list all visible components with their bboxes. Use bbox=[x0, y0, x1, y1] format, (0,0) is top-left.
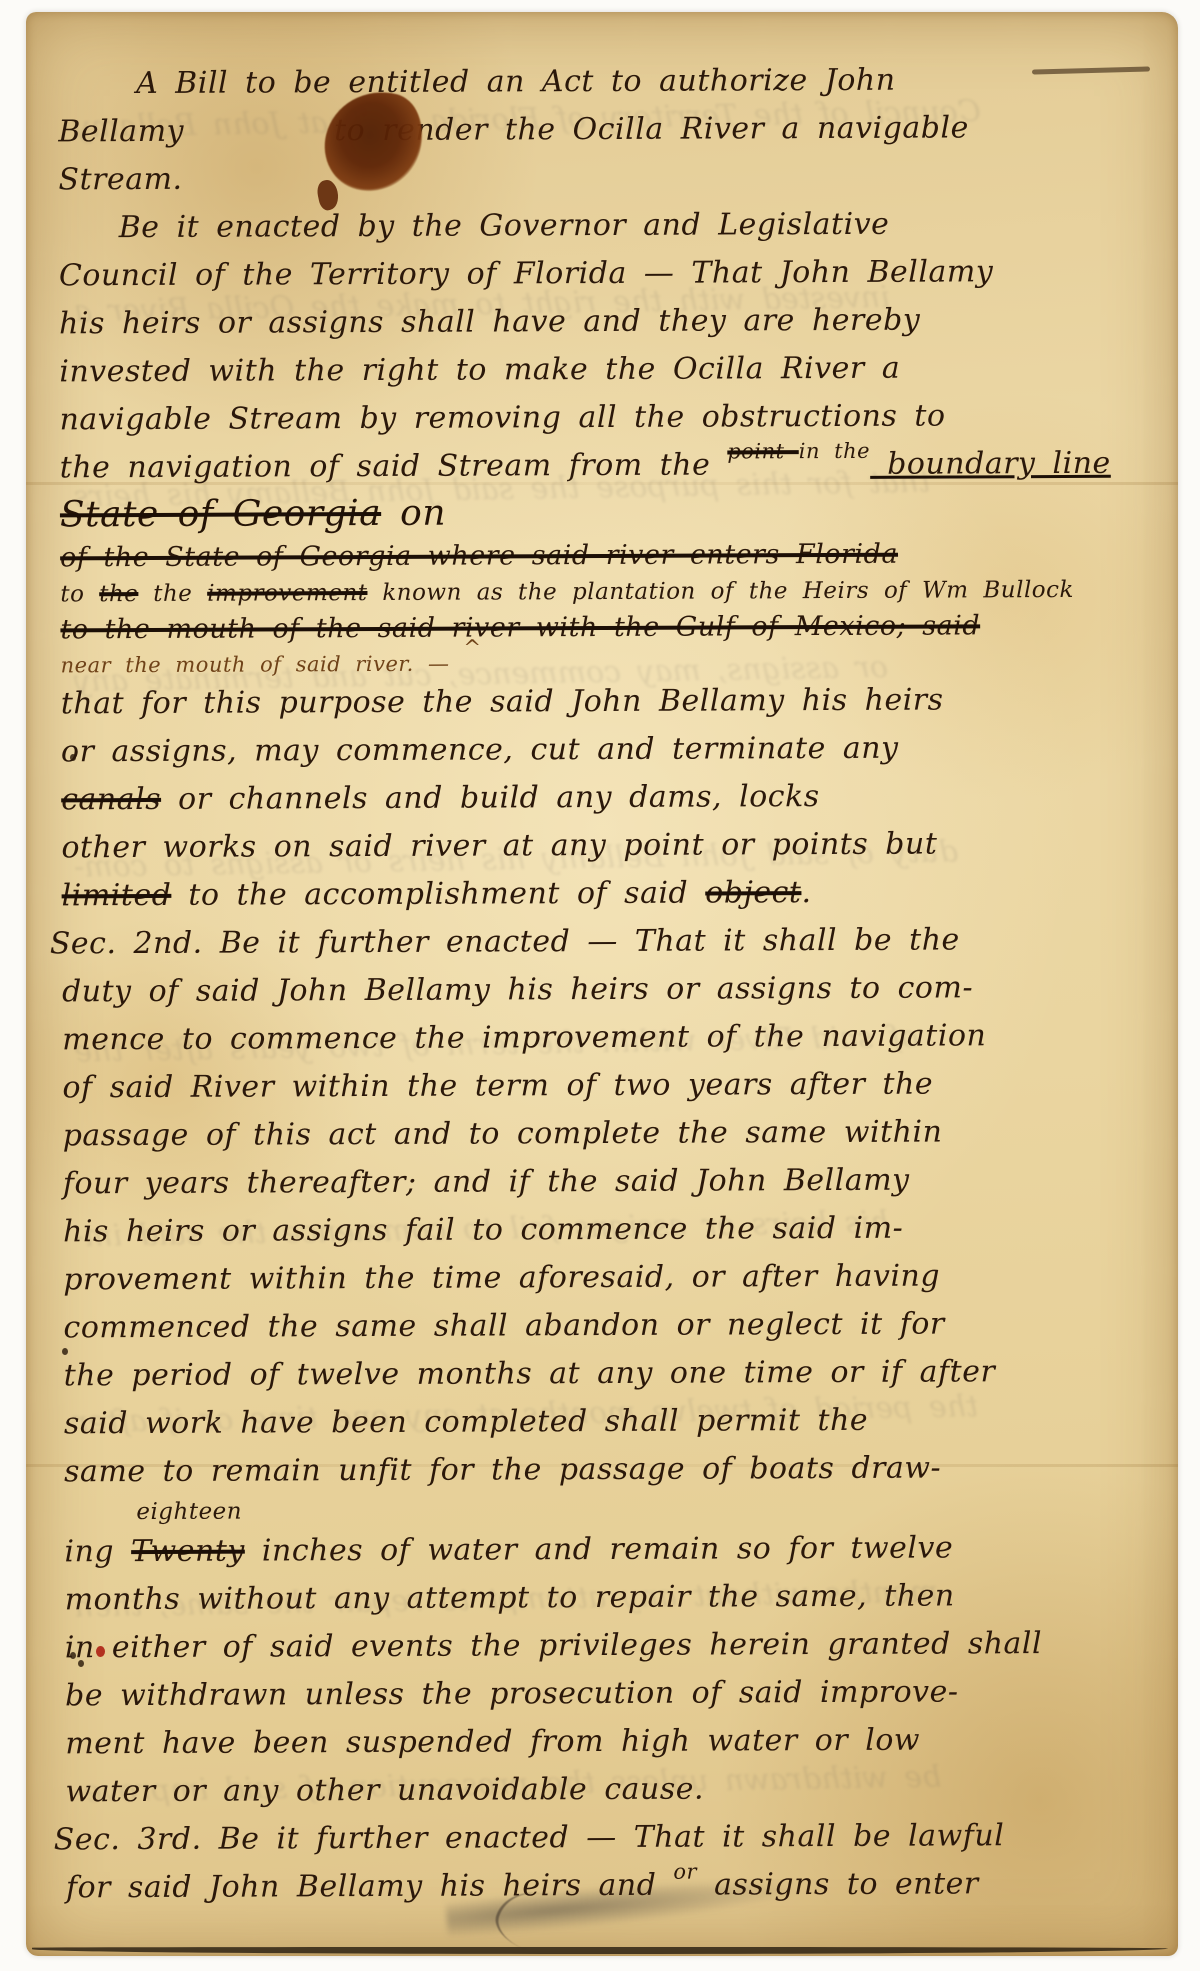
manuscript-line: of said River within the term of two yea… bbox=[62, 1060, 1144, 1113]
manuscript-line: for said John Bellamy his heirs and or a… bbox=[66, 1860, 1148, 1913]
text-segment: passage of this act and to complete the … bbox=[63, 1115, 943, 1154]
struck-text: of the State of Georgia where said river… bbox=[60, 539, 898, 574]
manuscript-line: same to remain unfit for the passage of … bbox=[64, 1444, 1146, 1497]
manuscript-line: A Bill to be entitled an Act to authoriz… bbox=[58, 56, 1140, 109]
text-segment: Stream. bbox=[58, 162, 182, 198]
text-segment: A Bill to be entitled an Act to authoriz… bbox=[136, 63, 896, 101]
text-segment: assigns to enter bbox=[697, 1866, 979, 1902]
struck-text: improvement bbox=[207, 580, 367, 607]
manuscript-line: State of Georgia on bbox=[60, 488, 1142, 539]
struck-text: State of Georgia bbox=[60, 493, 381, 535]
manuscript-line: to the the improvement known as the plan… bbox=[60, 574, 1142, 611]
scan-page: Council of the Territory of Florida — Th… bbox=[0, 0, 1200, 1971]
manuscript-line: his heirs or assigns shall have and they… bbox=[59, 296, 1141, 349]
manuscript-line: other works on said river at any point o… bbox=[61, 820, 1143, 873]
manuscript-line: said work have been completed shall perm… bbox=[64, 1396, 1146, 1449]
struck-text: canals bbox=[61, 782, 161, 817]
text-segment: Sec. 3rd. Be it further enacted — That i… bbox=[54, 1818, 1005, 1857]
struck-text: point bbox=[727, 439, 799, 463]
text-segment: to bbox=[60, 581, 99, 607]
text-segment: same to remain unfit for the passage of … bbox=[64, 1451, 941, 1490]
manuscript-line: mence to commence the improvement of the… bbox=[62, 1012, 1144, 1065]
text-segment bbox=[184, 140, 334, 141]
manuscript-line: Bellamyto render the Ocilla River a navi… bbox=[58, 104, 1140, 157]
text-segment: four years thereafter; and if the said J… bbox=[63, 1163, 910, 1202]
text-segment: near the mouth of said river. — bbox=[61, 652, 464, 678]
text-segment: to the accomplishment of said bbox=[171, 876, 705, 913]
text-segment: Bellamy bbox=[58, 114, 184, 150]
manuscript-line: months without any attempt to repair the… bbox=[65, 1572, 1147, 1625]
manuscript-line: Sec. 3rd. Be it further enacted — That i… bbox=[54, 1812, 1148, 1865]
manuscript-paper: Council of the Territory of Florida — Th… bbox=[26, 12, 1178, 1956]
text-segment: months without any attempt to repair the… bbox=[65, 1578, 955, 1617]
text-segment: Sec. 2nd. Be it further enacted — That i… bbox=[50, 922, 960, 961]
manuscript-line: near the mouth of said river. — ^ bbox=[61, 646, 1143, 681]
text-segment: ment have been suspended from high water… bbox=[65, 1723, 920, 1762]
text-segment: of said River within the term of two yea… bbox=[62, 1067, 933, 1106]
manuscript-line: passage of this act and to complete the … bbox=[63, 1108, 1145, 1161]
manuscript-line: to the mouth of the said river with the … bbox=[60, 606, 1142, 651]
manuscript-line: provement within the time aforesaid, or … bbox=[63, 1252, 1145, 1305]
manuscript-line: the period of twelve months at any one t… bbox=[64, 1348, 1146, 1401]
manuscript-line: of the State of Georgia where said river… bbox=[60, 534, 1142, 579]
text-segment: boundary line bbox=[870, 446, 1111, 482]
manuscript-line: Sec. 2nd. Be it further enacted — That i… bbox=[50, 916, 1144, 969]
manuscript-line: ment have been suspended from high water… bbox=[65, 1716, 1147, 1769]
manuscript-line: ing Twenty inches of water and remain so… bbox=[64, 1524, 1146, 1577]
text-segment: known as the plantation of the Heirs of … bbox=[367, 577, 1074, 606]
struck-text: the bbox=[99, 581, 138, 607]
text-segment: eighteen bbox=[136, 1499, 242, 1525]
text-segment: the navigation of said Stream from the bbox=[60, 447, 728, 485]
text-segment: or channels and build any dams, locks bbox=[161, 779, 820, 817]
text-segment: in either of said events the privileges … bbox=[65, 1626, 1042, 1665]
struck-text: object bbox=[705, 875, 801, 910]
manuscript-line: water or any other unavoidable cause. bbox=[65, 1764, 1147, 1817]
text-segment: on bbox=[381, 493, 446, 534]
text-segment: be withdrawn unless the prosecution of s… bbox=[65, 1674, 959, 1713]
text-segment: or assigns, may commence, cut and termin… bbox=[61, 731, 899, 770]
manuscript-line: Stream. bbox=[58, 152, 1140, 205]
text-segment: . bbox=[801, 875, 811, 910]
text-segment: invested with the right to make the Ocil… bbox=[59, 351, 900, 390]
manuscript-line: four years thereafter; and if the said J… bbox=[63, 1156, 1145, 1209]
text-segment: water or any other unavoidable cause. bbox=[65, 1772, 704, 1810]
text-segment: his heirs or assigns shall have and they… bbox=[59, 303, 920, 342]
manuscript-line: canals or channels and build any dams, l… bbox=[61, 772, 1143, 825]
text-segment: to render the Ocilla River a navigable bbox=[334, 110, 969, 148]
manuscript-line: Be it enacted by the Governor and Legisl… bbox=[59, 200, 1141, 253]
text-segment: inches of water and remain so for twelve bbox=[245, 1530, 954, 1568]
manuscript-line: the navigation of said Stream from the p… bbox=[60, 440, 1142, 493]
interlined-text: in the bbox=[799, 439, 870, 463]
struck-text: Twenty bbox=[131, 1534, 245, 1569]
manuscript-line: eighteen bbox=[64, 1492, 1146, 1529]
text-segment: for said John Bellamy his heirs and bbox=[66, 1868, 674, 1906]
text-segment: the bbox=[138, 581, 207, 607]
text-segment: the period of twelve months at any one t… bbox=[64, 1354, 996, 1393]
manuscript-line: Council of the Territory of Florida — Th… bbox=[59, 248, 1141, 301]
manuscript-line: commenced the same shall abandon or negl… bbox=[63, 1300, 1145, 1353]
text-segment: other works on said river at any point o… bbox=[61, 827, 937, 866]
interlined-text: or bbox=[673, 1860, 697, 1884]
text-segment: Be it enacted by the Governor and Legisl… bbox=[119, 207, 890, 245]
manuscript-line: or assigns, may commence, cut and termin… bbox=[61, 724, 1143, 777]
struck-text: to the mouth of the said river with the … bbox=[60, 610, 980, 645]
interlined-text: ^ bbox=[463, 636, 481, 660]
manuscript-line: that for this purpose the said John Bell… bbox=[61, 676, 1143, 729]
text-segment: that for this purpose the said John Bell… bbox=[61, 683, 944, 722]
text-segment: his heirs or assigns fail to commence th… bbox=[63, 1211, 903, 1250]
manuscript-line: navigable Stream by removing all the obs… bbox=[59, 392, 1141, 445]
text-segment: navigable Stream by removing all the obs… bbox=[59, 399, 945, 438]
struck-text: limited bbox=[62, 878, 172, 913]
text-segment: duty of said John Bellamy his heirs or a… bbox=[62, 970, 973, 1009]
text-segment: commenced the same shall abandon or negl… bbox=[63, 1307, 944, 1346]
text-segment: Council of the Territory of Florida — Th… bbox=[59, 254, 993, 293]
manuscript-line: limited to the accomplishment of said ob… bbox=[62, 868, 1144, 921]
manuscript-line: be withdrawn unless the prosecution of s… bbox=[65, 1668, 1147, 1721]
manuscript-line: his heirs or assigns fail to commence th… bbox=[63, 1204, 1145, 1257]
text-segment: provement within the time aforesaid, or … bbox=[63, 1259, 940, 1298]
manuscript-line: in either of said events the privileges … bbox=[65, 1620, 1147, 1673]
manuscript-line: duty of said John Bellamy his heirs or a… bbox=[62, 964, 1144, 1017]
manuscript-line: invested with the right to make the Ocil… bbox=[59, 344, 1141, 397]
manuscript-text-layer: A Bill to be entitled an Act to authoriz… bbox=[58, 56, 1148, 1913]
text-segment: mence to commence the improvement of the… bbox=[62, 1018, 986, 1057]
text-segment: said work have been completed shall perm… bbox=[64, 1403, 868, 1442]
text-segment: ing bbox=[64, 1534, 131, 1569]
